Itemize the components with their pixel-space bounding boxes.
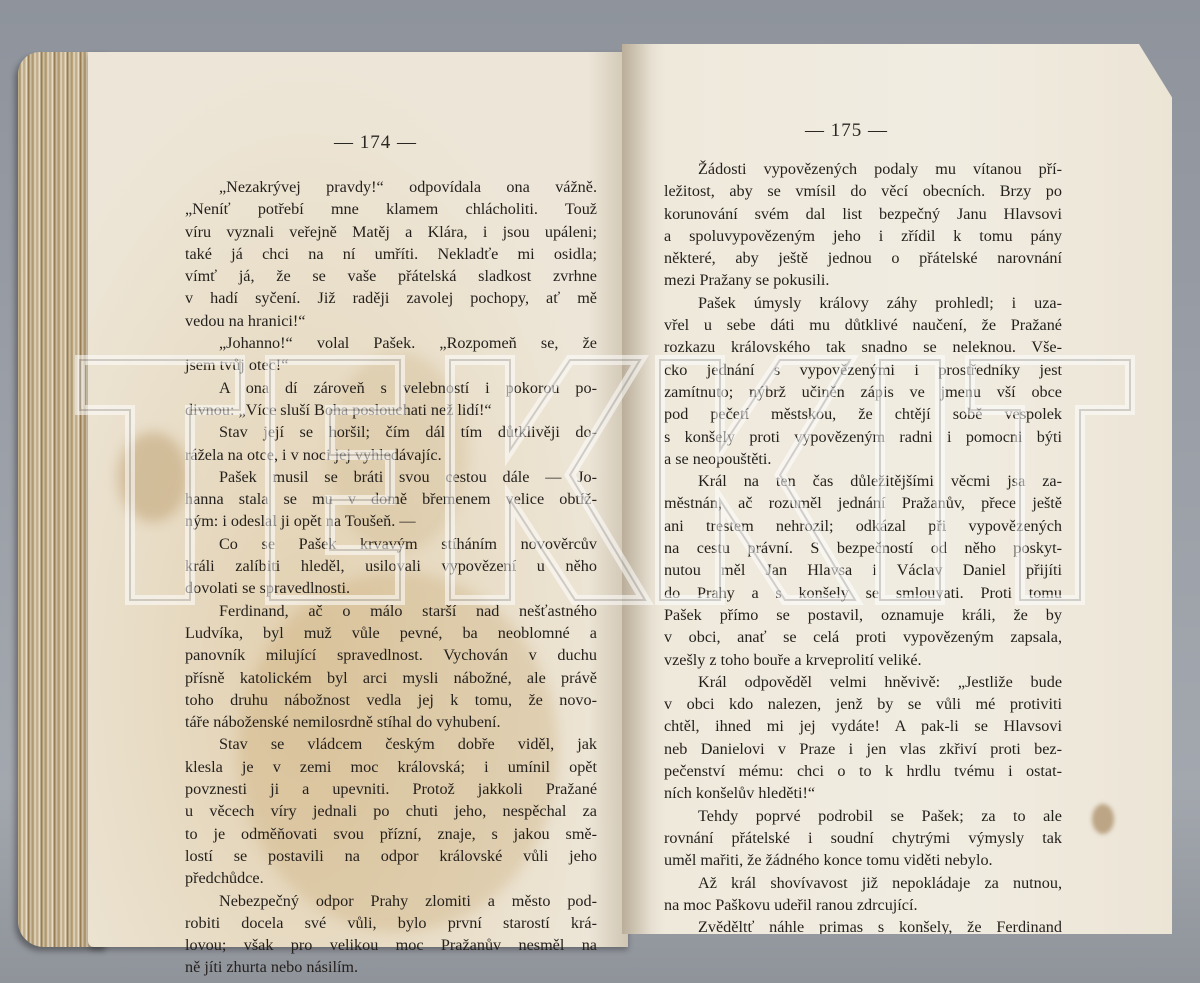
text-line: také já chci na ní umříti. Nekladťe mi o… — [185, 243, 597, 265]
text-line: divnou: „Více sluší Boha poslouchati než… — [185, 399, 597, 421]
text-line: hanna stala se mu v domě břemenem velice… — [185, 488, 597, 510]
text-line: pečenství mému: chci o to k hrdlu tvému … — [664, 760, 1062, 782]
text-line: v obci kdo nalezen, jenž by se vůli mé p… — [664, 693, 1062, 715]
open-book: — 174 — „Nezakrývej pravdy!“ odpovídala … — [0, 0, 1200, 983]
text-line: Král odpověděl velmi hněvivě: „Jestliže … — [664, 671, 1062, 693]
text-line: Pašek musil se bráti svou cestou dále — … — [185, 466, 597, 488]
text-line: víru vyznali veřejně Matěj a Klára, i js… — [185, 221, 597, 243]
text-line: „Neníť potřebí mne klamem chlácholiti. T… — [185, 198, 597, 220]
text-line: hodlá sáhnouti na první tvrz jejich síly… — [664, 938, 1062, 960]
text-line: Co se Pašek krvavým stíháním novověrcův — [185, 533, 597, 555]
text-line: dovolati se spravedlnosti. — [185, 577, 597, 599]
text-line: rážela na otce, i v noci jej vyhledávají… — [185, 444, 597, 466]
text-line: Stav její se horšil; čím dál tím důtkliv… — [185, 421, 597, 443]
stain — [1092, 804, 1114, 834]
text-line: rovnání přátelské i soudní chytrými výmy… — [664, 827, 1062, 849]
page-number: — 175 — — [805, 120, 888, 142]
left-page: — 174 — „Nezakrývej pravdy!“ odpovídala … — [88, 52, 628, 947]
text-line: některé, aby ještě jednou o přátelské na… — [664, 247, 1062, 269]
text-line: chtěl, ihned mi jej vydáte! A pak-li se … — [664, 715, 1062, 737]
text-line: v obci, anať se celá proti vypovězeným z… — [664, 626, 1062, 648]
text-line: jsem tvůj otec!“ — [185, 354, 597, 376]
text-line: vedou na hranici!“ — [185, 310, 597, 332]
text-line: v hadí syčení. Již raději zavolej pochop… — [185, 287, 597, 309]
text-line: zamítnuto; nýbrž učiněn zápis ve jmenu v… — [664, 381, 1062, 403]
text-line: Pašek přímo se postavil, oznamuje králi,… — [664, 604, 1062, 626]
text-line: nutou měl Jan Hlavsa i Václav Daniel při… — [664, 559, 1062, 581]
page-body-text: „Nezakrývej pravdy!“ odpovídala ona vážn… — [185, 176, 597, 979]
text-line: na cestu právní. S bezpečností od něho p… — [664, 537, 1062, 559]
page-body-text: Žádosti vypovězených podaly mu vítanou p… — [664, 158, 1062, 961]
text-line: lovou; však pro velikou moc Pražanův nes… — [185, 934, 597, 956]
text-line: panovník milující spravedlnost. Vychován… — [185, 644, 597, 666]
text-line: u věcech víry jednali po chuti jeho, nes… — [185, 800, 597, 822]
text-line: toho druhu nábožnost vedla jej k tomu, ž… — [185, 689, 597, 711]
text-line: klesla je v zemi moc královská; i umínil… — [185, 756, 597, 778]
text-line: rozkazu královského tak snadno se nelekn… — [664, 336, 1062, 358]
text-line: Žádosti vypovězených podaly mu vítanou p… — [664, 158, 1062, 180]
text-line: a spoluvypovězeným jeho i zřídil k tomu … — [664, 225, 1062, 247]
text-line: vzešly z toho bouře a krveprolití veliké… — [664, 649, 1062, 671]
text-line: a se neopouštěti. — [664, 448, 1062, 470]
text-line: ních konšelův hleděti!“ — [664, 782, 1062, 804]
text-line: „Johanno!“ volal Pašek. „Rozpomeň se, že — [185, 332, 597, 354]
text-line: ným: i odeslal ji opět na Toušeň. — — [185, 510, 597, 532]
text-line: Tehdy poprvé podrobil se Pašek; za to al… — [664, 805, 1062, 827]
text-line: povznesti ji a upevniti. Protož jakkoli … — [185, 778, 597, 800]
text-line: ležitost, aby se vmísil do věcí obecních… — [664, 180, 1062, 202]
text-line: s konšely proti vypovězeným radni i pomo… — [664, 426, 1062, 448]
text-line: Pašek úmysly královy záhy prohledl; i uz… — [664, 292, 1062, 314]
text-line: na moc Paškovu udeřil ranou zdrcující. — [664, 894, 1062, 916]
text-line: táře náboženské nemilosrdně stíhal do vy… — [185, 711, 597, 733]
text-line: robiti docela své vůli, bylo první staro… — [185, 912, 597, 934]
text-line: Ferdinand, ač o málo starší nad nešťastn… — [185, 600, 597, 622]
text-line: „Nezakrývej pravdy!“ odpovídala ona vážn… — [185, 176, 597, 198]
text-line: to je odměňovati svou přízní, znaje, s j… — [185, 823, 597, 845]
text-line: vřel u sebe dáti mu důtklivé naučení, že… — [664, 314, 1062, 336]
text-line: Ludvíka, byl muž vůle pevné, ba neoblomn… — [185, 622, 597, 644]
text-line: A ona dí zároveň s velebností i pokorou … — [185, 377, 597, 399]
text-line: cko jednání s vypovězenými i prostředník… — [664, 359, 1062, 381]
stain — [118, 432, 188, 522]
text-line: přísně katolickém byl arci mysli nábožné… — [185, 667, 597, 689]
text-line: Až král shovívavost již nepokládaje za n… — [664, 872, 1062, 894]
text-line: ně jíti zhurta nebo násilím. — [185, 956, 597, 978]
text-line: Zvěděltť náhle primas s konšely, že Ferd… — [664, 916, 1062, 938]
text-line: korunování svém dal list bezpečný Janu H… — [664, 203, 1062, 225]
text-line: Nebezpečný odpor Prahy zlomiti a město p… — [185, 890, 597, 912]
text-line: mezi Pražany se pokusili. — [664, 269, 1062, 291]
text-line: Král na ten čas důležitějšími věcmi jsa … — [664, 470, 1062, 492]
text-line: neb Danielovi v Praze i jen vlas zkřiví … — [664, 738, 1062, 760]
page-number: — 174 — — [334, 132, 417, 154]
text-line: městnán, ač rozuměl jednání Pražanův, př… — [664, 492, 1062, 514]
text-line: lostí se postavili na odpor královské vů… — [185, 845, 597, 867]
right-page: — 175 — Žádosti vypovězených podaly mu v… — [622, 44, 1172, 934]
text-line: předchůdce. — [185, 867, 597, 889]
text-line: Stav se vládcem českým dobře viděl, jak — [185, 733, 597, 755]
text-line: ani trestem nehrozil; odkázal při vypově… — [664, 515, 1062, 537]
text-line: vímť já, že se vaše přátelská sladkost z… — [185, 265, 597, 287]
text-line: uměl mařiti, že žádného konce tomu vidět… — [664, 849, 1062, 871]
text-line: pod pečetí městskou, že chtějí sobě vesp… — [664, 403, 1062, 425]
text-line: králi zalíbiti hleděl, usilovali vypověz… — [185, 555, 597, 577]
text-line: do Prahy a s konšely se smlouvati. Proti… — [664, 582, 1062, 604]
